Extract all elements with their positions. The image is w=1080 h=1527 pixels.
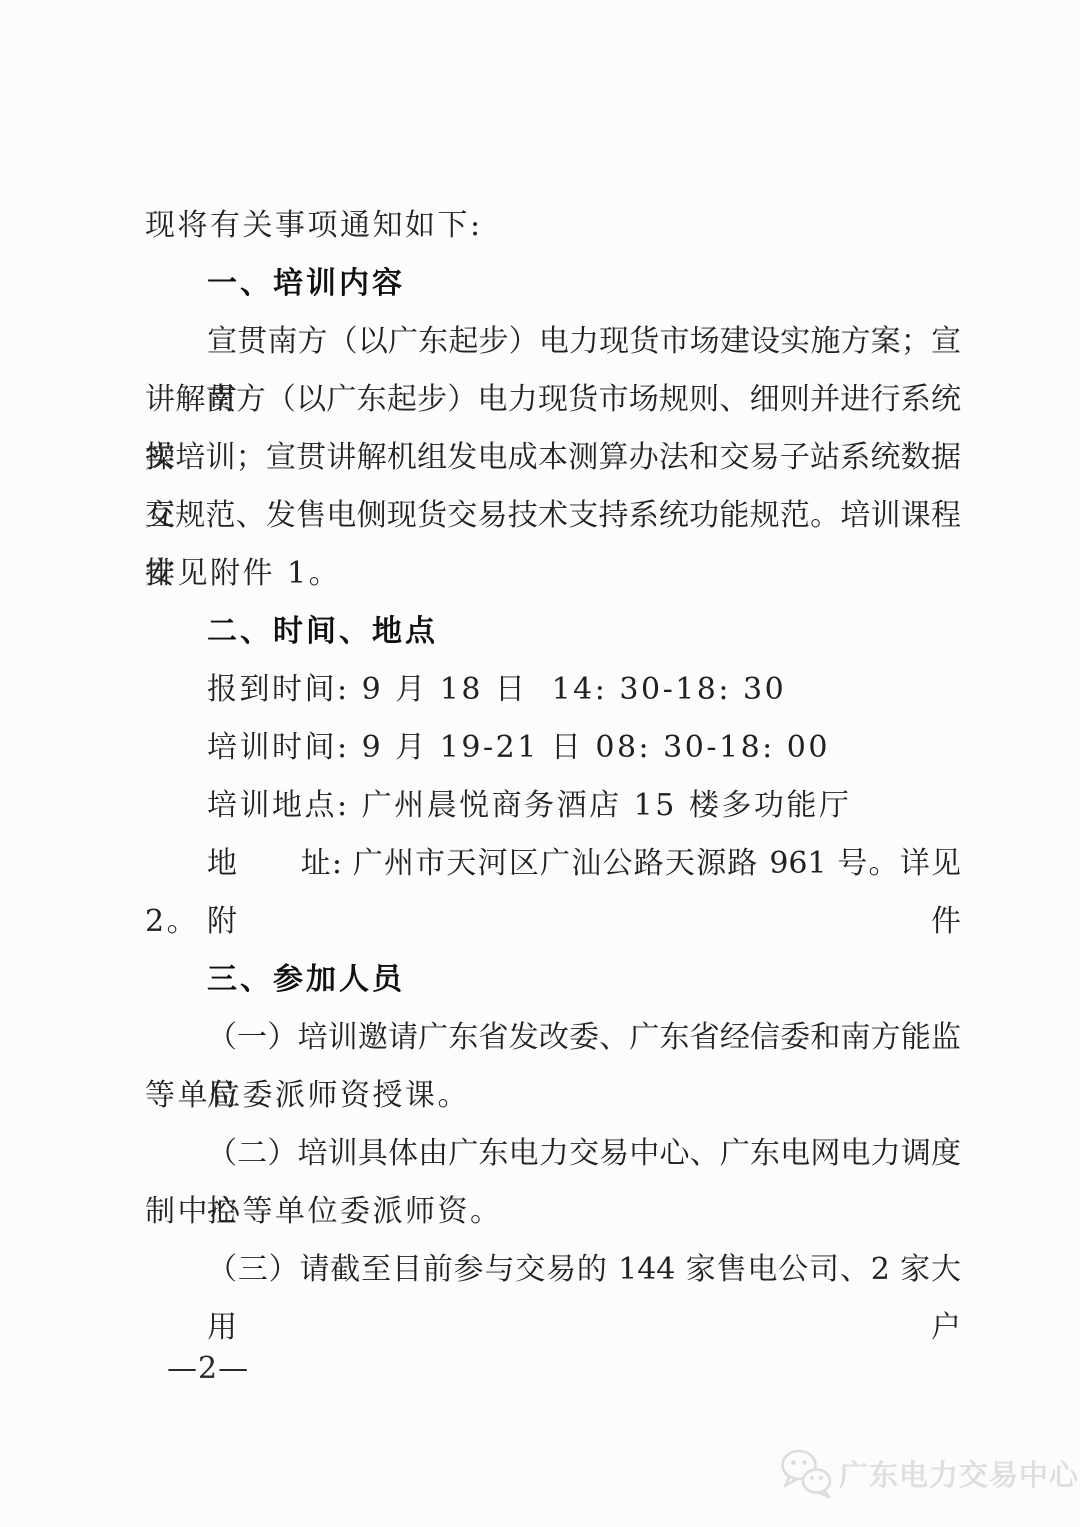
doc-line: 讲解南方（以广东起步）电力现货市场规则、细则并进行系统实 (145, 371, 961, 429)
doc-line: 培训地点: 广州晨悦商务酒店 15 楼多功能厅 (145, 777, 961, 835)
doc-line: （一）培训邀请广东省发改委、广东省经信委和南方能监局 (145, 1009, 961, 1067)
doc-line: （二）培训具体由广东电力交易中心、广东电网电力调度控 (145, 1125, 961, 1183)
section-heading: 二、时间、地点 (145, 603, 961, 661)
notice-body: 现将有关事项通知如下:一、培训内容宣贯南方（以广东起步）电力现货市场建设实施方案… (145, 197, 961, 1299)
section-heading: 三、参加人员 (145, 951, 961, 1009)
doc-line: 互规范、发售电侧现货交易技术支持系统功能规范。培训课程安 (145, 487, 961, 545)
doc-line: 制中心等单位委派师资。 (145, 1183, 961, 1241)
doc-line: 排见附件 1。 (145, 545, 961, 603)
doc-line: 报到时间: 9 月 18 日 14: 30-18: 30 (145, 661, 961, 719)
section-heading: 一、培训内容 (145, 255, 961, 313)
document-page: 现将有关事项通知如下:一、培训内容宣贯南方（以广东起步）电力现货市场建设实施方案… (0, 0, 1080, 1527)
watermark: 广东电力交易中心 (778, 1444, 1079, 1502)
watermark-label: 广东电力交易中心 (839, 1453, 1079, 1494)
doc-line: 地 址: 广州市天河区广汕公路天源路 961 号。详见附件 (145, 835, 961, 893)
doc-line: 宣贯南方（以广东起步）电力现货市场建设实施方案；宣贯 (145, 313, 961, 371)
doc-line: （三）请截至目前参与交易的 144 家售电公司、2 家大用户 (145, 1241, 961, 1299)
doc-line: 操培训；宣贯讲解机组发电成本测算办法和交易子站系统数据交 (145, 429, 961, 487)
wechat-icon (778, 1444, 834, 1502)
doc-line: 等单位委派师资授课。 (145, 1067, 961, 1125)
page-number: —2— (167, 1340, 249, 1398)
doc-line: 培训时间: 9 月 19-21 日 08: 30-18: 00 (145, 719, 961, 777)
doc-line: 现将有关事项通知如下: (145, 197, 961, 255)
